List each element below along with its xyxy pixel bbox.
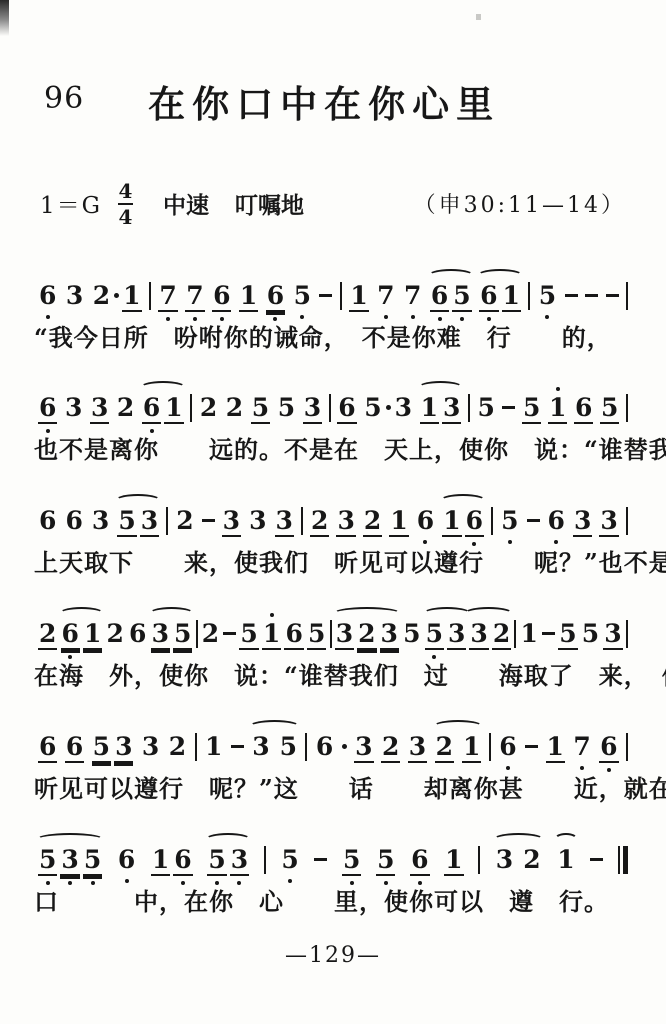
lyrics-line: 也不是离你 远的。不是在 天上，使你 说：“谁替我们 <box>34 436 632 465</box>
duration-dash <box>606 294 619 297</box>
note: 6 <box>574 395 593 424</box>
note: 3 <box>447 621 466 650</box>
note: 1 <box>239 283 258 312</box>
note-digit: 3 <box>303 395 322 424</box>
note-digit: 6 <box>315 734 334 761</box>
note: 5 <box>92 734 111 763</box>
note: 3 <box>151 621 170 650</box>
note-group: 1 <box>548 395 567 424</box>
note-digit: 3 <box>335 621 354 650</box>
music-system: 5356165355561321口 中，在你 心 里，使你可以 遵 行。 <box>34 831 632 917</box>
note-digit: 1 <box>420 395 439 424</box>
note-digit: 1 <box>83 621 102 650</box>
note-group: 6 <box>416 508 435 535</box>
note-group-slur: 13 <box>420 395 462 424</box>
note: 3 <box>442 395 461 424</box>
note-digit: 2 <box>201 621 220 648</box>
note-group: 1 <box>239 283 258 312</box>
octave-dot-below <box>350 881 354 885</box>
note: 5 <box>581 621 600 648</box>
note: 6 <box>416 508 435 535</box>
note: 3 <box>573 508 592 537</box>
note-digit: 6 <box>284 621 303 650</box>
note: 6 <box>498 734 517 761</box>
note-group: 2 <box>116 395 135 422</box>
note-digit: 1 <box>548 395 567 424</box>
note-group: 1 <box>520 621 539 648</box>
octave-dot-below <box>288 879 292 883</box>
note-group: 3 <box>336 508 355 537</box>
note: 6 <box>430 283 449 312</box>
note: 2 <box>199 395 218 422</box>
note: 1 <box>442 508 461 537</box>
music-system: 261263525165323553321553在海 外，使你 说：“谁替我们 … <box>34 605 632 691</box>
note-group: 6 <box>284 621 303 650</box>
barline <box>489 733 491 761</box>
note-group: 7 <box>572 734 591 761</box>
note-digit: 3 <box>140 508 159 537</box>
note: 1 <box>122 283 141 312</box>
note: 6 <box>284 621 303 650</box>
hymn-title: 在你口中在你心里 <box>84 84 620 125</box>
note-digit: 6 <box>61 621 80 650</box>
note-digit: 7 <box>572 734 591 761</box>
note-group-slur: 35 <box>251 734 298 761</box>
note-group: 5 <box>538 283 557 310</box>
octave-dot-below <box>193 317 197 321</box>
note-group: 21 <box>92 283 142 312</box>
note-digit: 1 <box>389 508 408 537</box>
duration-dash <box>319 294 332 297</box>
tempo-marking: 中速 <box>163 187 209 220</box>
music-system: 66353233323216165633上天取下 来，使我们 听见可以遵行 呢？… <box>34 492 632 578</box>
note-digit: 3 <box>222 508 241 537</box>
note-group: 5 <box>522 395 541 424</box>
note: 5 <box>293 283 312 310</box>
notation-line: 633261225536531355165 <box>34 379 632 436</box>
note: 5 <box>342 847 361 876</box>
note-digit: 5 <box>173 621 192 650</box>
octave-dot-below <box>91 881 95 885</box>
note: 6 <box>61 621 80 650</box>
note-digit: 5 <box>522 395 541 424</box>
note-digit: 6 <box>117 847 136 874</box>
note-group: 3 <box>65 283 84 310</box>
page-footer: —129— <box>0 943 666 968</box>
music-system: 6653321356323216176听见可以遵行 呢？”这 话 却离你甚 近，… <box>34 718 632 804</box>
lyrics-line: 在海 外，使你 说：“谁替我们 过 海取了 来， 使我们 <box>34 662 632 691</box>
note-group: 6 <box>498 734 517 761</box>
octave-dot-below <box>384 881 388 885</box>
note-group-slur: 35 <box>151 621 193 650</box>
note-group: 1 <box>204 734 223 761</box>
slur-arc <box>477 269 523 282</box>
note: 2 <box>435 734 454 763</box>
duration-dash <box>585 294 598 297</box>
note: 1 <box>462 734 481 763</box>
note-digit: 3 <box>64 395 83 422</box>
note-digit: 5 <box>117 508 136 537</box>
note-digit: 3 <box>447 621 466 650</box>
note-digit: 3 <box>336 508 355 537</box>
note-digit: 1 <box>520 621 539 648</box>
octave-dot-below <box>545 315 549 319</box>
note: 3 <box>394 395 413 422</box>
scan-speck <box>476 14 481 20</box>
note: 1 <box>556 847 575 874</box>
note-digit: 1 <box>349 283 368 312</box>
note-group-slur: 1 <box>556 847 575 874</box>
note-digit: 1 <box>556 847 575 874</box>
note-digit: 5 <box>538 283 557 310</box>
note-group: 1 <box>444 847 463 876</box>
note-group: 6 <box>65 734 84 763</box>
note-digit: 5 <box>307 621 326 650</box>
note: 3 <box>114 734 133 763</box>
note: 1 <box>420 395 439 424</box>
octave-dot-below <box>554 540 558 544</box>
note-group: 2 <box>168 734 187 761</box>
note: 1 <box>389 508 408 537</box>
note-group <box>342 734 347 749</box>
note: 6 <box>128 621 147 648</box>
barline <box>264 846 266 874</box>
note-group <box>231 734 244 748</box>
note-group: 6 <box>315 734 334 761</box>
note: 6 <box>212 283 231 312</box>
note: 6 <box>117 847 136 874</box>
note-group <box>502 395 515 409</box>
note: 1 <box>546 734 565 763</box>
duration-dash <box>231 745 244 748</box>
note-digit: 1 <box>122 283 141 312</box>
note-digit: 5 <box>239 621 258 650</box>
note-group: 5 <box>477 395 496 422</box>
note-group: 6 <box>212 283 231 312</box>
octave-dot-below <box>460 317 464 321</box>
note: 3 <box>303 395 322 424</box>
note-group: 3 <box>354 734 373 763</box>
note-digit: 2 <box>492 621 511 650</box>
augmentation-dot <box>386 405 391 410</box>
note-digit: 3 <box>251 734 270 761</box>
note-group: 5 <box>239 621 258 650</box>
octave-dot-below <box>215 881 219 885</box>
note-group: 2 <box>225 395 244 422</box>
note-digit: 6 <box>38 283 57 310</box>
duration-dash <box>542 632 555 635</box>
note-group <box>314 847 327 861</box>
note: 3 <box>495 847 514 874</box>
note-group: 5 <box>251 395 270 424</box>
note: 6 <box>547 508 566 535</box>
hymn-sheet-page: 96 在你口中在你心里 1＝G 4 4 中速 叮嘱地 （申30:11—14） 6… <box>0 0 666 1024</box>
octave-dot-below <box>166 317 170 321</box>
note: 3 <box>90 395 109 424</box>
octave-dot-below <box>418 881 422 885</box>
note-digit: 2 <box>199 395 218 422</box>
note-group <box>565 283 578 297</box>
duration-dash <box>502 406 515 409</box>
note-group: 3 <box>141 734 160 761</box>
slur-arc <box>554 833 577 846</box>
octave-dot-below <box>438 317 442 321</box>
barline <box>468 394 470 422</box>
note-digit: 7 <box>185 283 204 312</box>
note: 3 <box>408 734 427 763</box>
note-digit: 6 <box>266 283 285 312</box>
note-group-slur: 16 <box>442 508 484 537</box>
slur-arc <box>493 833 544 846</box>
lyrics-line: 上天取下 来，使我们 听见可以遵行 呢？”也不是 <box>34 549 632 578</box>
note-group: 2 <box>175 508 194 535</box>
note-group: 2 <box>199 395 218 422</box>
note-digit: 5 <box>376 847 395 876</box>
note-digit: 3 <box>60 847 79 876</box>
octave-dot-below <box>220 317 224 321</box>
note-digit: 6 <box>498 734 517 761</box>
octave-dot-above <box>556 387 560 391</box>
note-group: 53 <box>92 734 134 763</box>
note-group: 3 <box>275 508 294 537</box>
note: 7 <box>158 283 177 312</box>
note-digit: 3 <box>141 734 160 761</box>
note-digit: 3 <box>91 508 110 535</box>
note-digit: 6 <box>337 395 356 424</box>
note-digit: 6 <box>574 395 593 424</box>
note-digit: 5 <box>558 621 577 650</box>
note-group-slur: 53 <box>117 508 159 537</box>
note-digit: 5 <box>92 734 111 763</box>
note: 5 <box>600 395 619 424</box>
note: 3 <box>469 621 488 650</box>
barline <box>305 733 307 761</box>
note-digit: 6 <box>38 508 57 535</box>
note-group: 7 <box>185 283 204 312</box>
barline <box>478 846 480 874</box>
note-digit: 6 <box>173 847 192 876</box>
note-group: 5 <box>581 621 600 648</box>
note-digit: 2 <box>225 395 244 422</box>
octave-dot-below <box>150 429 154 433</box>
note-digit: 3 <box>394 395 413 422</box>
note-group: 2 <box>38 621 57 650</box>
note: 1 <box>520 621 539 648</box>
octave-dot-below <box>472 542 476 546</box>
note: 1 <box>83 621 102 650</box>
octave-dot-below <box>411 315 415 319</box>
note-digit: 5 <box>600 395 619 424</box>
note-digit: 6 <box>430 283 449 312</box>
note: 3 <box>230 847 249 876</box>
note-digit: 1 <box>164 395 183 424</box>
note-group: 5 <box>558 621 577 650</box>
note-group: 6 <box>337 395 356 424</box>
barline <box>514 620 516 648</box>
note-group-slur: 5332 <box>425 621 512 650</box>
note-digit: 3 <box>408 734 427 763</box>
octave-dot-below <box>384 315 388 319</box>
note: 3 <box>336 508 355 537</box>
note-group: 1 <box>546 734 565 763</box>
note-group: 5 <box>277 395 296 422</box>
note-digit: 5 <box>477 395 496 422</box>
note-digit: 6 <box>142 395 161 424</box>
note-digit: 3 <box>275 508 294 537</box>
note-group: 3 <box>599 508 618 537</box>
octave-dot-below <box>300 315 304 319</box>
note-digit: 5 <box>581 621 600 648</box>
note-digit: 5 <box>452 283 471 312</box>
note: 3 <box>140 508 159 537</box>
note: 3 <box>65 283 84 310</box>
note-group: 6 <box>574 395 593 424</box>
slur-arc <box>36 833 104 846</box>
note-group-slur: 32 <box>495 847 542 874</box>
octave-dot-below <box>68 881 72 885</box>
octave-dot-below <box>607 768 611 772</box>
note-group: 5 <box>500 508 519 535</box>
note-digit: 3 <box>65 283 84 310</box>
barline <box>626 394 628 422</box>
scripture-reference: （申30:11—14） <box>414 188 626 219</box>
note-digit: 5 <box>363 395 382 422</box>
note: 5 <box>207 847 226 876</box>
note: 3 <box>275 508 294 537</box>
time-signature: 4 4 <box>118 181 133 227</box>
barline <box>626 282 628 310</box>
note: 5 <box>279 734 298 761</box>
note: 5 <box>38 847 57 876</box>
note-group: 5 <box>342 847 361 876</box>
note: 6 <box>65 734 84 763</box>
note: 3 <box>91 508 110 535</box>
note: 2 <box>168 734 187 761</box>
note-group: 7 <box>376 283 395 310</box>
notation-line: 261263525165323553321553 <box>34 605 632 662</box>
note: 3 <box>251 734 270 761</box>
scan-smudge <box>0 0 9 36</box>
music-system: 633261225536531355165也不是离你 远的。不是在 天上，使你 … <box>34 379 632 465</box>
note-group: 1 <box>349 283 368 312</box>
barline <box>528 282 530 310</box>
note: 3 <box>603 621 622 650</box>
note-digit: 5 <box>38 847 57 876</box>
note: 5 <box>307 621 326 650</box>
note-digit: 2 <box>168 734 187 761</box>
note-digit: 6 <box>410 847 429 876</box>
lyrics-line: 口 中，在你 心 里，使你可以 遵 行。 <box>34 888 632 917</box>
note-digit: 1 <box>151 847 170 876</box>
final-barline-thin <box>618 846 620 874</box>
note-group: 6 <box>38 734 57 763</box>
note-digit: 6 <box>479 283 498 312</box>
note-group: 3 <box>408 734 427 763</box>
note-group <box>223 621 236 635</box>
note: 3 <box>248 508 267 535</box>
note-group-slur: 61 <box>479 283 521 312</box>
barline <box>340 282 342 310</box>
duration-dash <box>527 519 540 522</box>
note: 2 <box>522 847 541 874</box>
note: 6 <box>142 395 161 424</box>
duration-dash <box>525 745 538 748</box>
note-digit: 1 <box>462 734 481 763</box>
note: 1 <box>262 621 281 650</box>
note-digit: 6 <box>599 734 618 763</box>
note-digit: 2 <box>92 283 111 310</box>
note: 2 <box>492 621 511 650</box>
octave-dot-below <box>46 881 50 885</box>
page-number: —129— <box>285 943 381 968</box>
barline <box>166 507 168 535</box>
note-group: 3 <box>248 508 267 535</box>
notation-line: 6653321356323216176 <box>34 718 632 775</box>
note-group-slur: 53 <box>207 847 249 876</box>
note: 5 <box>538 283 557 310</box>
note: 2 <box>175 508 194 535</box>
note-digit: 2 <box>116 395 135 422</box>
note-digit: 1 <box>442 508 461 537</box>
note-digit: 7 <box>403 283 422 310</box>
note-group: 5 <box>307 621 326 650</box>
note-digit: 6 <box>465 508 484 537</box>
lyrics-line: 听见可以遵行 呢？”这 话 却离你甚 近，就在你 <box>34 775 632 804</box>
note-group: 2 <box>106 621 125 648</box>
note: 6 <box>465 508 484 537</box>
slur-arc <box>428 269 474 282</box>
note-group: 3 <box>222 508 241 537</box>
note-group: 5 <box>293 283 312 310</box>
octave-dot-below <box>506 766 510 770</box>
note: 2 <box>116 395 135 422</box>
note-group: 6 <box>38 395 57 424</box>
note-group-slur: 65 <box>430 283 472 312</box>
note-digit: 3 <box>151 621 170 650</box>
note-group: 2 <box>363 508 382 537</box>
note-digit: 3 <box>442 395 461 424</box>
note-group-slur: 61 <box>142 395 184 424</box>
note: 3 <box>60 847 79 876</box>
note-digit: 5 <box>279 734 298 761</box>
time-signature-numerator: 4 <box>119 181 133 201</box>
lyrics-line: “我今日所 吩咐你的诫命， 不是你难 行 的， <box>34 324 632 353</box>
duration-dash <box>223 632 236 635</box>
note-group: 53 <box>363 395 413 422</box>
note: 6 <box>410 847 429 876</box>
note: 5 <box>277 395 296 422</box>
note-digit: 5 <box>280 847 299 874</box>
note-digit: 5 <box>83 847 102 876</box>
note-group: 2 <box>201 621 220 648</box>
note: 2 <box>201 621 220 648</box>
note-digit: 5 <box>277 395 296 422</box>
note-group: 3 <box>573 508 592 537</box>
note: 5 <box>376 847 395 876</box>
note: 2 <box>38 621 57 650</box>
note-digit: 2 <box>310 508 329 537</box>
note-group: 2 <box>310 508 329 537</box>
note-digit: 6 <box>416 508 435 535</box>
note: 2 <box>363 508 382 537</box>
note-digit: 3 <box>248 508 267 535</box>
note: 2 <box>310 508 329 537</box>
note-digit: 2 <box>106 621 125 648</box>
note-group: 3 <box>303 395 322 424</box>
note: 6 <box>173 847 192 876</box>
note-group: 6 <box>410 847 429 876</box>
note-group: 7 <box>403 283 422 310</box>
